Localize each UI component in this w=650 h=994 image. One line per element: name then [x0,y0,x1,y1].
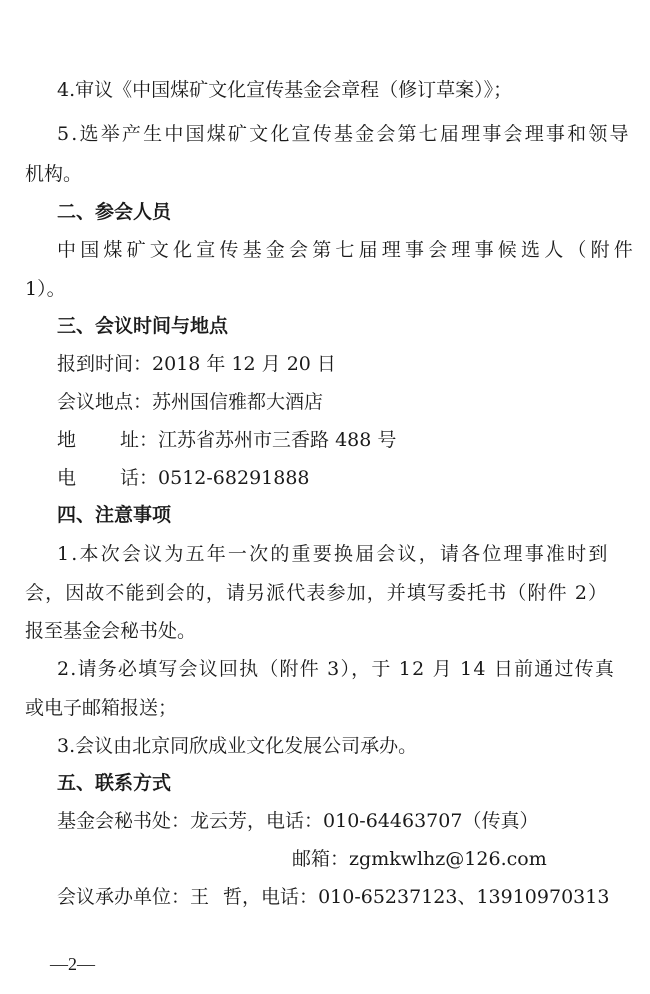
section-heading-attendees: 二、参会人员 [57,200,171,224]
agenda-item-4: 4.审议《中国煤矿文化宣传基金会章程（修订草案）》； [57,78,512,102]
field-label: 报到时间： [57,353,152,375]
field-venue: 会议地点：苏州国信雅都大酒店 [57,390,323,414]
agenda-item-5-line2: 机构。 [25,162,82,186]
section-heading-contact: 五、联系方式 [57,771,171,795]
email-label: 邮箱： [292,848,349,870]
contact-name: 王 [190,886,209,908]
attendees-body-line1: 中国煤矿文化宣传基金会第七届理事会理事候选人（附件 [57,238,637,262]
attendees-body-line2: 1）。 [25,277,66,301]
phone-label: 电话： [261,886,318,908]
field-checkin-time: 报到时间：2018 年 12 月 20 日 [57,352,336,376]
field-label: 会议地点： [57,391,152,413]
section-heading-notes: 四、注意事项 [57,503,171,527]
field-label: 地 [57,429,76,451]
page-number: —2— [50,954,95,975]
field-label: 址： [120,429,158,451]
phone-label: 电话： [266,810,323,832]
field-label: 话： [120,467,158,489]
phone-value: 010-65237123、13910970313 [318,886,609,908]
note-1-line3: 报至基金会秘书处。 [25,619,196,643]
field-phone: 电话：0512-68291888 [57,466,310,490]
note-1-line1: 1.本次会议为五年一次的重要换届会议，请各位理事准时到 [57,542,610,566]
field-value: 苏州国信雅都大酒店 [152,391,323,413]
contact-label: 基金会秘书处： [57,810,190,832]
agenda-item-5-line1: 5.选举产生中国煤矿文化宣传基金会第七届理事会理事和领导 [57,122,631,146]
phone-value: 010-64463707（传真） [323,810,538,832]
note-2-line1: 2.请务必填写会议回执（附件 3），于 12 月 14 日前通过传真 [57,657,615,681]
contact-secretariat: 基金会秘书处：龙云芳，电话：010-64463707（传真） [57,809,538,833]
note-1-line2: 会，因故不能到会的，请另派代表参加，并填写委托书（附件 2） [25,581,608,605]
section-heading-time-location: 三、会议时间与地点 [57,314,228,338]
note-3: 3.会议由北京同欣成业文化发展公司承办。 [57,734,417,758]
field-value: 0512-68291888 [158,467,309,489]
field-value: 2018 年 12 月 20 日 [152,353,336,375]
field-value: 江苏省苏州市三香路 488 号 [158,429,396,451]
email-value[interactable]: zgmkwlhz@126.com [349,848,547,870]
contact-email: 邮箱：zgmkwlhz@126.com [292,847,547,871]
field-address: 地址：江苏省苏州市三香路 488 号 [57,428,396,452]
field-label: 电 [57,467,76,489]
contact-name: 哲， [223,886,261,908]
contact-label: 会议承办单位： [57,886,190,908]
note-2-line2: 或电子邮箱报送； [25,696,177,720]
contact-name: 龙云芳， [190,810,266,832]
contact-organizer: 会议承办单位：王哲，电话：010-65237123、13910970313 [57,885,609,909]
